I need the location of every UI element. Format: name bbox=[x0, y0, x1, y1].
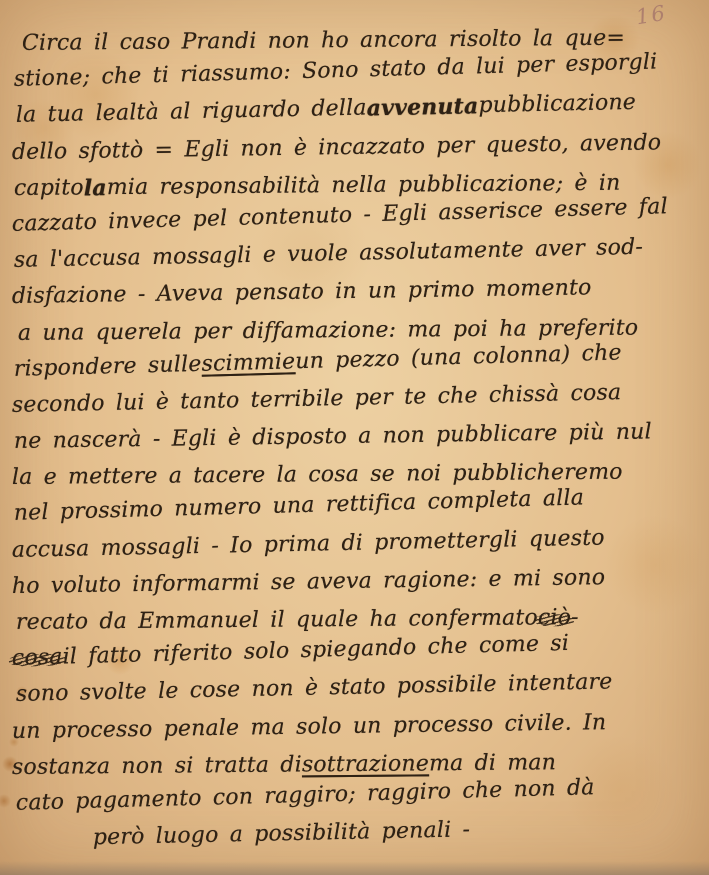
text-segment: la bbox=[84, 177, 107, 199]
manuscript-text: Circa il caso Prandi non ho ancora risol… bbox=[8, 19, 707, 851]
struck-word: cosa bbox=[12, 647, 63, 670]
manuscript-page: 16 Circa il caso Prandi non ho ancora ri… bbox=[0, 0, 709, 875]
text-segment: avvenuta bbox=[366, 96, 478, 120]
text-segment: pubblicazione bbox=[478, 92, 636, 117]
text-segment: però luogo a possibilità penali - bbox=[93, 820, 471, 850]
text-segment: capito bbox=[14, 177, 84, 200]
underlined-word: scimmie bbox=[201, 351, 295, 376]
